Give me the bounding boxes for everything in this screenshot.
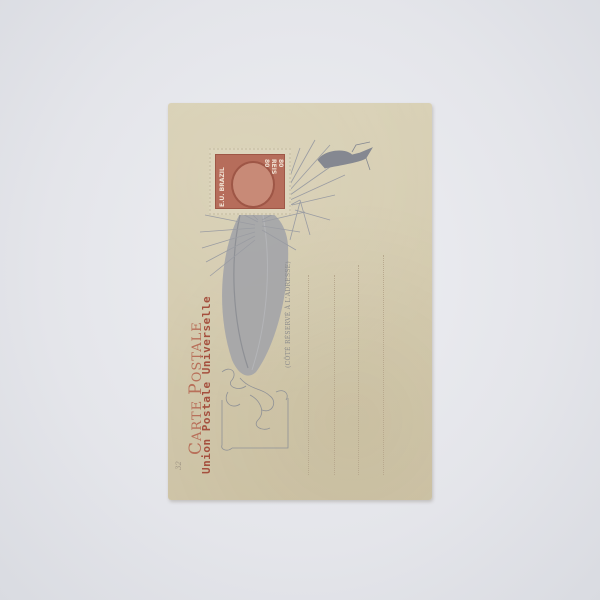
postcard-subtitle: Union Postale Universelle — [200, 296, 213, 474]
decorative-flourish — [222, 369, 288, 450]
handwritten-number: 32 — [175, 461, 183, 470]
address-line — [334, 275, 335, 475]
address-line — [308, 275, 309, 475]
address-side-note: (CÔTÉ RÉSERVÉ À L'ADRESSE) — [285, 261, 292, 368]
address-line — [358, 265, 359, 475]
postcard-illustration — [0, 0, 600, 600]
address-line — [383, 255, 384, 475]
heron-figure — [318, 142, 372, 170]
stamp-portrait-icon — [231, 161, 275, 208]
postage-stamp: E.U. BRAZIL 80 REIS 80 — [209, 148, 291, 215]
landscape-vignette — [222, 205, 288, 376]
stamp-country: E.U. BRAZIL — [219, 167, 226, 207]
